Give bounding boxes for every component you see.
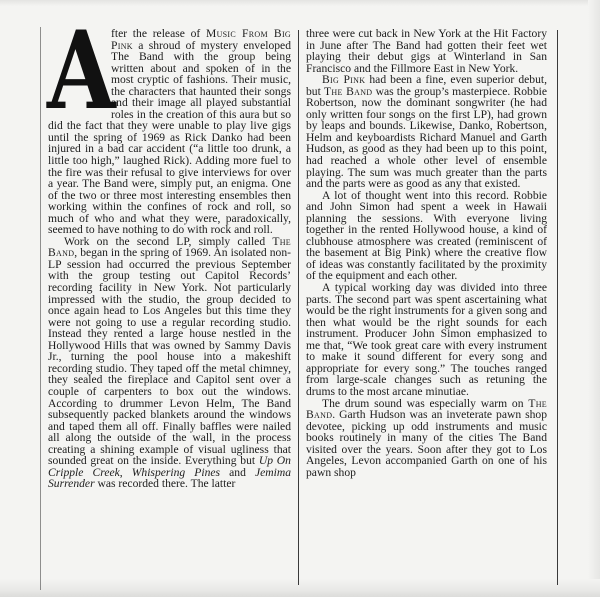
left-text-column: After the release of Music From Big Pink…	[48, 28, 291, 490]
page-right-shadow	[588, 0, 600, 597]
paragraph-second-lp: Work on the second LP, simply called The…	[48, 236, 291, 490]
left-margin-rule	[40, 27, 41, 590]
right-text-column: three were cut back in New York at the H…	[306, 28, 547, 478]
paragraph-working-day: A typical working day was divided into t…	[306, 282, 547, 397]
column-divider-rule	[298, 30, 299, 585]
paragraph-planning: A lot of thought went into this record. …	[306, 190, 547, 282]
right-margin-rule	[557, 30, 558, 585]
paragraph-continuation: three were cut back in New York at the H…	[306, 28, 547, 74]
drop-cap: A	[47, 30, 93, 114]
paragraph-masterpiece: Big Pink had been a fine, even superior …	[306, 74, 547, 189]
page-bottom-shadow	[0, 579, 600, 597]
page-top-shadow	[0, 0, 600, 6]
paragraph-intro: After the release of Music From Big Pink…	[48, 28, 291, 236]
paragraph-drum-sound: The drum sound was especially warm on Th…	[306, 398, 547, 479]
